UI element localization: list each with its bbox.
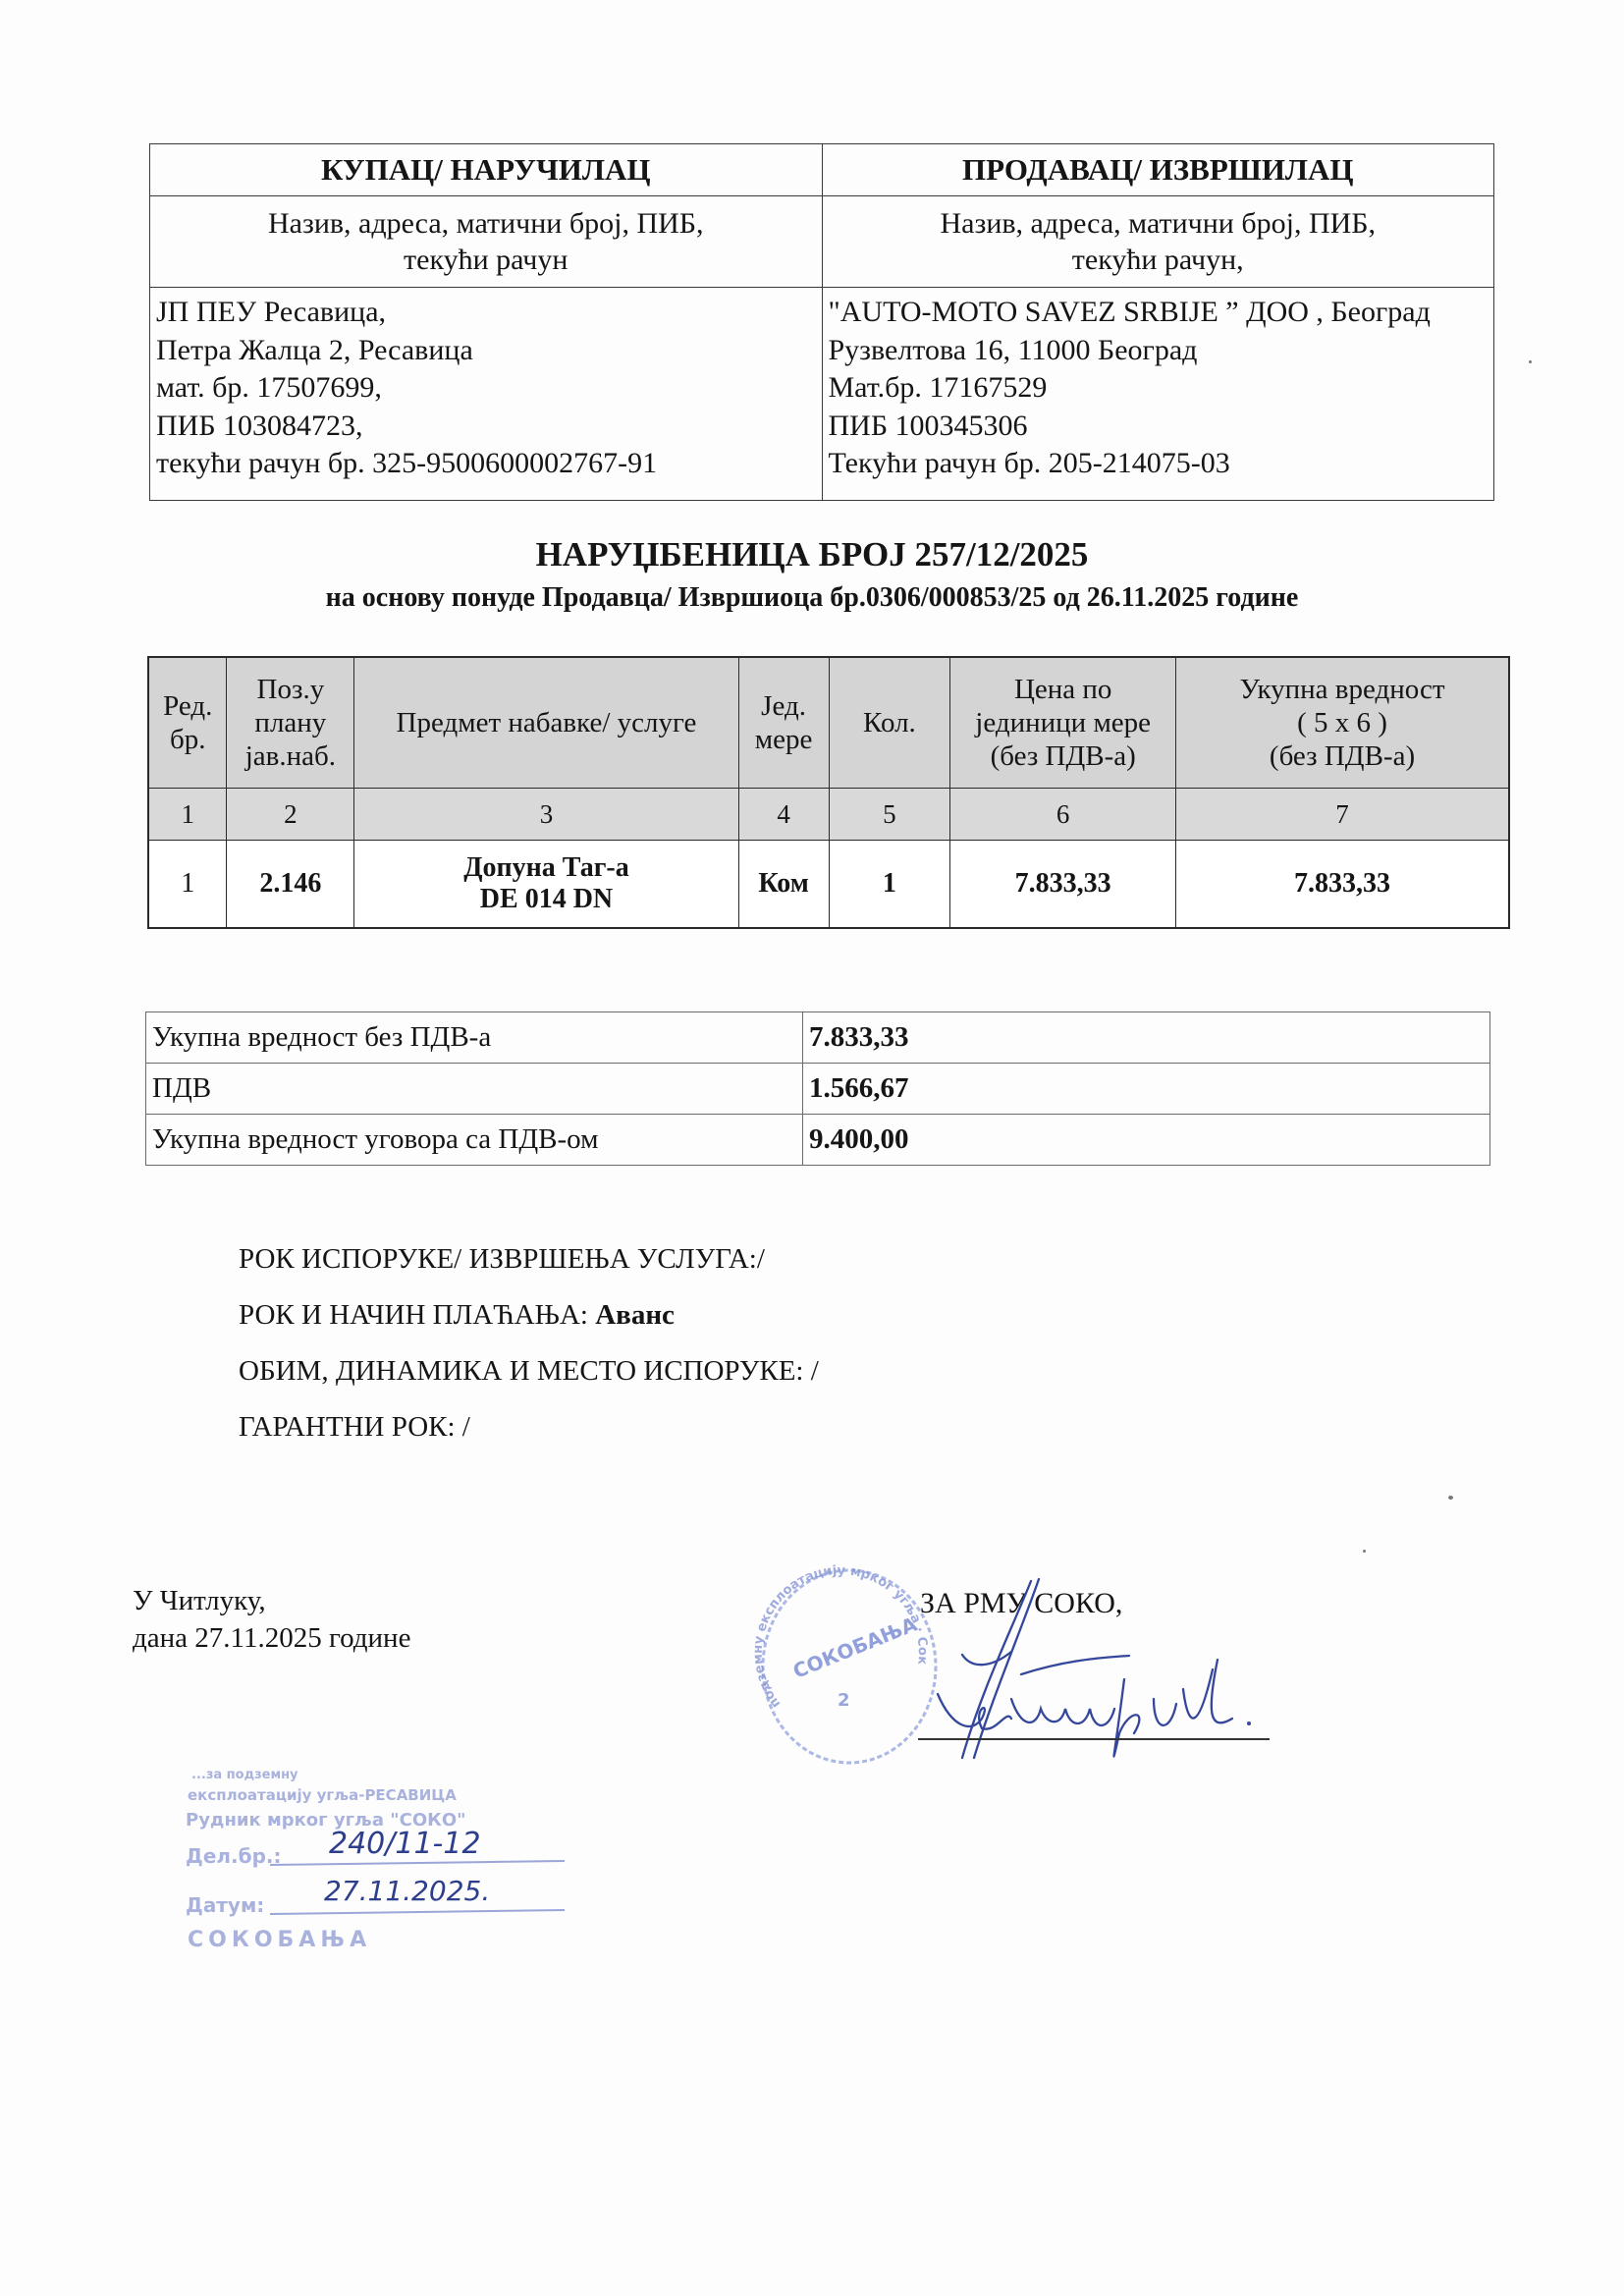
document-subtitle: на основу понуде Продавца/ Извршиоца бр.… [0,582,1624,614]
header-qty: Кол. [829,657,950,789]
svg-text:27.11.2025.: 27.11.2025. [324,1875,490,1907]
cell-total: 7.833,33 [1176,841,1509,929]
delivery-term: РОК ИСПОРУКЕ/ ИЗВРШЕЊА УСЛУГА:/ [239,1243,765,1276]
totals-row-net: Укупна вредност без ПДВ-а 7.833,33 [146,1012,1490,1064]
svg-text:Датум:: Датум: [186,1893,264,1917]
svg-text:СОКОБАЊА: СОКОБАЊА [188,1928,371,1952]
header-subject: Предмет набавке/ услуге [354,657,738,789]
registry-stamp: ...за подземну експлоатацију угља-РЕСАВИ… [182,1763,574,1959]
seller-details: "AUTO-MOTO SAVEZ SRBIJE ” ДОО , Београд … [822,288,1494,501]
cell-subject: Допуна Таг-аDE 014 DN [354,841,738,929]
signature [913,1561,1267,1768]
cell-unit: Ком [738,841,829,929]
cell-qty: 1 [829,841,950,929]
delivery-scope: ОБИМ, ДИНАМИКА И МЕСТО ИСПОРУКЕ: / [239,1355,819,1388]
header-plan-position: Поз.упланујав.наб. [227,657,354,789]
scan-speck [1363,1550,1366,1553]
cell-plan-position: 2.146 [227,841,354,929]
totals-row-vat: ПДВ 1.566,67 [146,1064,1490,1115]
svg-text:експлоатацију угља-РЕСАВИЦА: експлоатацију угља-РЕСАВИЦА [188,1786,457,1804]
svg-text:...за подземну: ...за подземну [191,1768,298,1782]
totals-row-gross: Укупна вредност уговора са ПДВ-ом 9.400,… [146,1115,1490,1166]
document-title: НАРУЏБЕНИЦА БРОЈ 257/12/2025 [0,535,1624,574]
items-column-numbers: 1 2 3 4 5 6 7 [148,789,1509,841]
header-total: Укупна вредност( 5 x 6 )(без ПДВ-а) [1176,657,1509,789]
round-stamp: подземну експлоатацију мрког угља · Соко… [751,1557,938,1768]
svg-text:СОКОБАЊА: СОКОБАЊА [789,1612,921,1683]
header-unit: Јед.мере [738,657,829,789]
payment-term: РОК И НАЧИН ПЛАЋАЊА: Аванс [239,1299,675,1332]
totals-table: Укупна вредност без ПДВ-а 7.833,33 ПДВ 1… [145,1011,1490,1166]
header-unit-price: Цена појединици мере(без ПДВ-а) [950,657,1176,789]
items-table: Ред.бр. Поз.упланујав.наб. Предмет набав… [147,656,1510,929]
header-row-no: Ред.бр. [148,657,227,789]
table-row: 1 2.146 Допуна Таг-аDE 014 DN Ком 1 7.83… [148,841,1509,929]
svg-text:2: 2 [838,1690,850,1711]
seller-heading: ПРОДАВАЦ/ ИЗВРШИЛАЦ [822,144,1494,196]
scan-speck [1448,1496,1453,1500]
scan-speck [1529,360,1532,363]
svg-text:Дел.бр.:: Дел.бр.: [186,1844,282,1868]
buyer-heading: КУПАЦ/ НАРУЧИЛАЦ [150,144,823,196]
items-header-row: Ред.бр. Поз.упланујав.наб. Предмет набав… [148,657,1509,789]
seller-label: Назив, адреса, матични број, ПИБ, текући… [822,196,1494,288]
parties-table: КУПАЦ/ НАРУЧИЛАЦ ПРОДАВАЦ/ ИЗВРШИЛАЦ Наз… [149,143,1494,501]
cell-row-no: 1 [148,841,227,929]
place: У Читлуку, [133,1585,266,1617]
buyer-label: Назив, адреса, матични број, ПИБ, текући… [150,196,823,288]
cell-unit-price: 7.833,33 [950,841,1176,929]
svg-text:240/11-12: 240/11-12 [329,1827,481,1861]
signature-line [918,1738,1270,1740]
buyer-details: ЈП ПЕУ Ресавица, Петра Жалца 2, Ресавица… [150,288,823,501]
warranty-term: ГАРАНТНИ РОК: / [239,1411,470,1444]
date: дана 27.11.2025 године [133,1622,410,1655]
